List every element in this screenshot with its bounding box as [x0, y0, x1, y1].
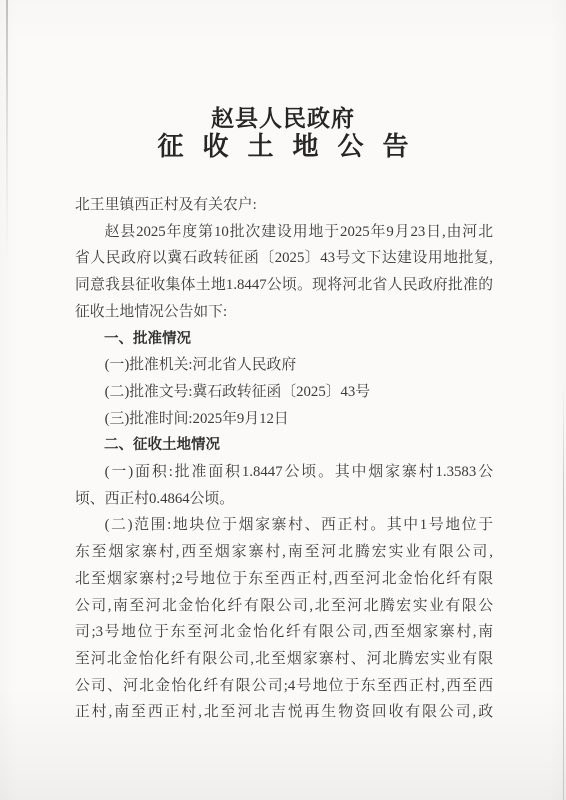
- doc-line-4: 同意我县征收集体土地1.8447公顷。现将河北省人民政府批准的: [75, 272, 493, 299]
- doc-line-16: 公司,南至河北金怡化纤有限公司,北至河北腾宏实业有限公: [75, 593, 493, 620]
- doc-line-7: (一)批准机关:河北省人民政府: [75, 352, 493, 379]
- doc-line-20: 正村,南至西正村,北至河北吉悦再生物资回收有限公司,政: [75, 699, 493, 726]
- doc-line-18: 至河北金怡化纤有限公司,北至烟家寨村、河北腾宏实业有限: [75, 646, 493, 673]
- announcement-title: 征收土地公告: [0, 133, 566, 161]
- doc-line-8: (二)批准文号:冀石政转征函〔2025〕43号: [75, 379, 493, 406]
- doc-line-10: 二、征收土地情况: [75, 432, 493, 459]
- doc-line-1: 北王里镇西正村及有关农户:: [75, 192, 493, 219]
- doc-line-13: (二)范围:地块位于烟家寨村、西正村。其中1号地位于: [75, 512, 493, 539]
- doc-line-14: 东至烟家寨村,西至烟家寨村,南至河北腾宏实业有限公司,: [75, 539, 493, 566]
- doc-line-12: 顷、西正村0.4864公顷。: [75, 486, 493, 513]
- doc-line-19: 公司、河北金怡化纤有限公司;4号地位于东至西正村,西至西: [75, 673, 493, 700]
- doc-line-6: 一、批准情况: [75, 326, 493, 353]
- doc-line-11: (一)面积:批准面积1.8447公顷。其中烟家寨村1.3583公: [75, 459, 493, 486]
- announcement-page: 赵县人民政府 征收土地公告 北王里镇西正村及有关农户:赵县2025年度第10批次…: [0, 0, 566, 800]
- doc-line-3: 省人民政府以冀石政转征函〔2025〕43号文下达建设用地批复,: [75, 245, 493, 272]
- scan-edge-right: [563, 385, 564, 800]
- doc-line-15: 北至烟家寨村;2号地位于东至西正村,西至河北金怡化纤有限: [75, 566, 493, 593]
- doc-line-5: 征收土地情况公告如下:: [75, 299, 493, 326]
- doc-line-9: (三)批准时间:2025年9月12日: [75, 406, 493, 433]
- issuer-title: 赵县人民政府: [0, 107, 566, 131]
- doc-line-2: 赵县2025年度第10批次建设用地于2025年9月23日,由河北: [75, 219, 493, 246]
- doc-line-17: 司;3号地位于东至河北金怡化纤有限公司,西至烟家寨村,南: [75, 619, 493, 646]
- document-body: 北王里镇西正村及有关农户:赵县2025年度第10批次建设用地于2025年9月23…: [75, 192, 493, 726]
